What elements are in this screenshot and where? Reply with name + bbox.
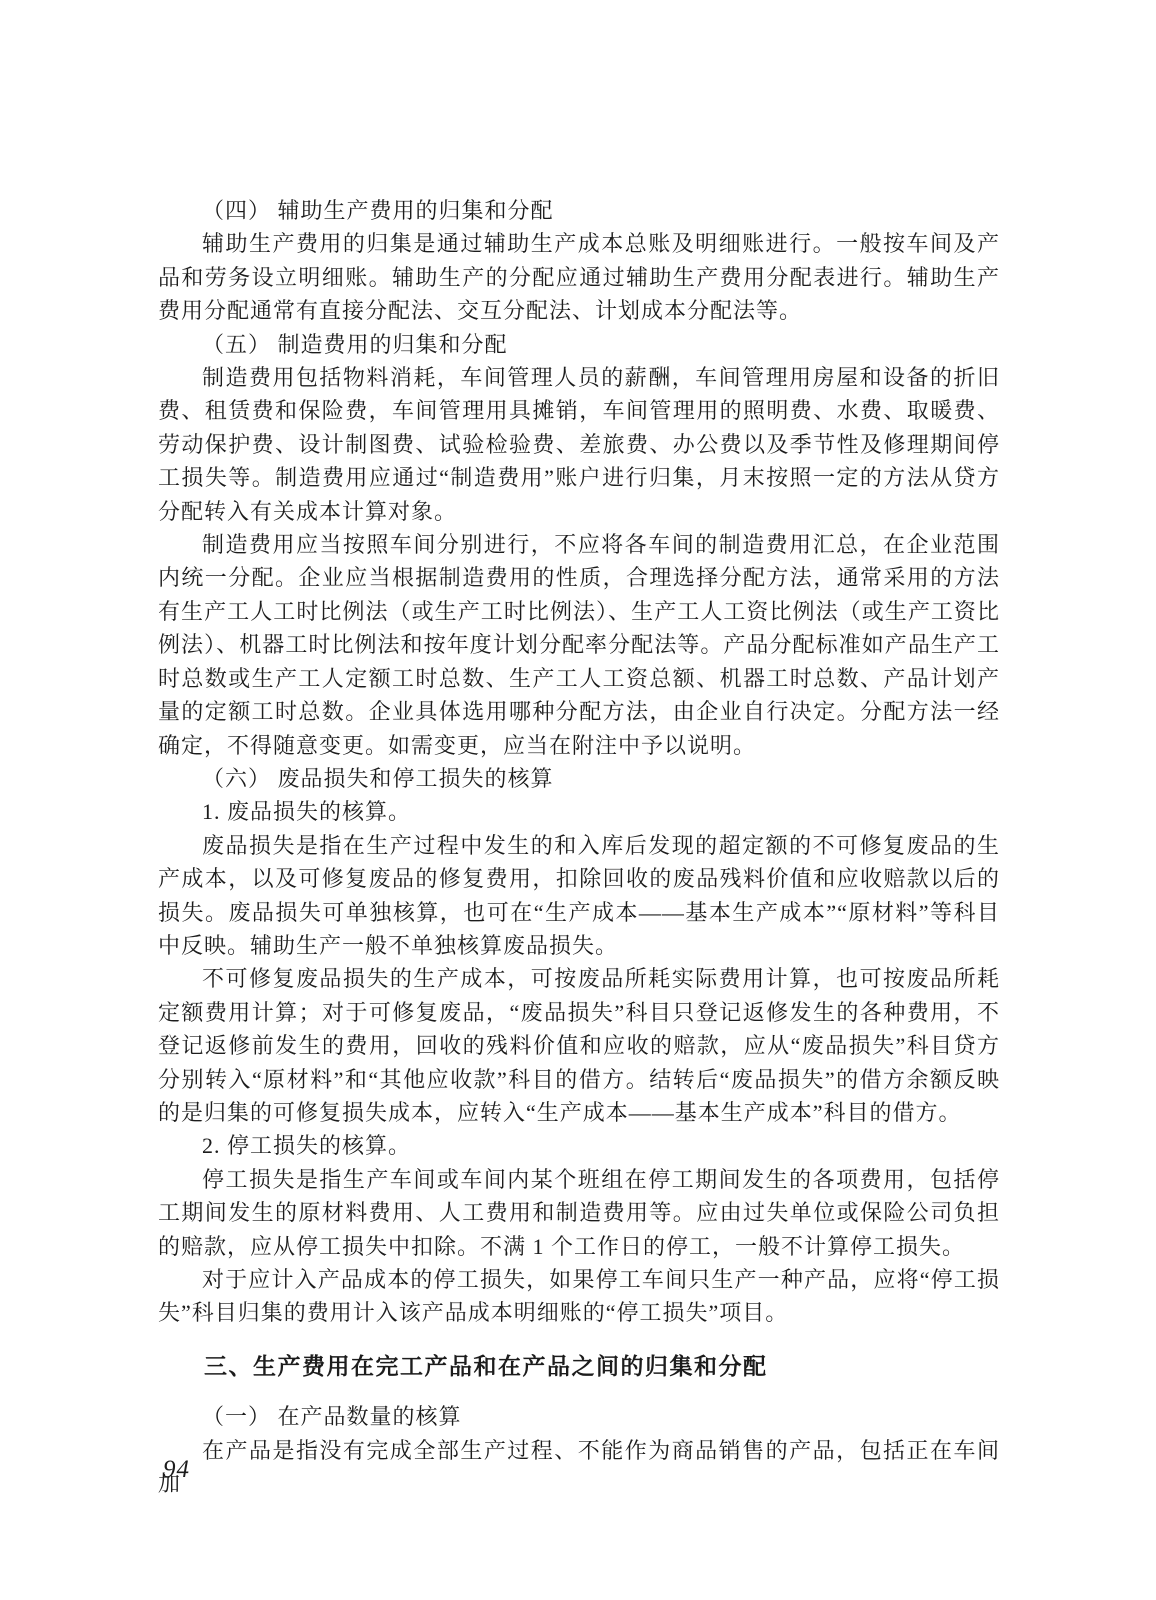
subheading: （五） 制造费用的归集和分配 [158, 328, 1000, 361]
subheading: （一） 在产品数量的核算 [158, 1400, 1000, 1433]
text-block: （四） 辅助生产费用的归集和分配 辅助生产费用的归集是通过辅助生产成本总账及明细… [158, 194, 1000, 1500]
paragraph: 不可修复废品损失的生产成本，可按废品所耗实际费用计算，也可按废品所耗定额费用计算… [158, 962, 1000, 1129]
subheading: （四） 辅助生产费用的归集和分配 [158, 194, 1000, 227]
section-heading: 三、生产费用在完工产品和在产品之间的归集和分配 [158, 1350, 1000, 1383]
paragraph: 辅助生产费用的归集是通过辅助生产成本总账及明细账进行。一般按车间及产品和劳务设立… [158, 227, 1000, 327]
paragraph: 制造费用应当按照车间分别进行，不应将各车间的制造费用汇总，在企业范围内统一分配。… [158, 528, 1000, 762]
list-item-heading: 1. 废品损失的核算。 [158, 795, 1000, 828]
page-number: 94 [163, 1456, 190, 1484]
paragraph: 停工损失是指生产车间或车间内某个班组在停工期间发生的各项费用，包括停工期间发生的… [158, 1163, 1000, 1263]
paragraph: 制造费用包括物料消耗，车间管理人员的薪酬，车间管理用房屋和设备的折旧费、租赁费和… [158, 361, 1000, 528]
paragraph: 对于应计入产品成本的停工损失，如果停工车间只生产一种产品，应将“停工损失”科目归… [158, 1263, 1000, 1330]
paragraph: 在产品是指没有完成全部生产过程、不能作为商品销售的产品，包括正在车间加 [158, 1434, 1000, 1501]
list-item-heading: 2. 停工损失的核算。 [158, 1129, 1000, 1162]
document-page: （四） 辅助生产费用的归集和分配 辅助生产费用的归集是通过辅助生产成本总账及明细… [0, 0, 1156, 1600]
paragraph: 废品损失是指在生产过程中发生的和入库后发现的超定额的不可修复废品的生产成本，以及… [158, 829, 1000, 963]
subheading: （六） 废品损失和停工损失的核算 [158, 762, 1000, 795]
